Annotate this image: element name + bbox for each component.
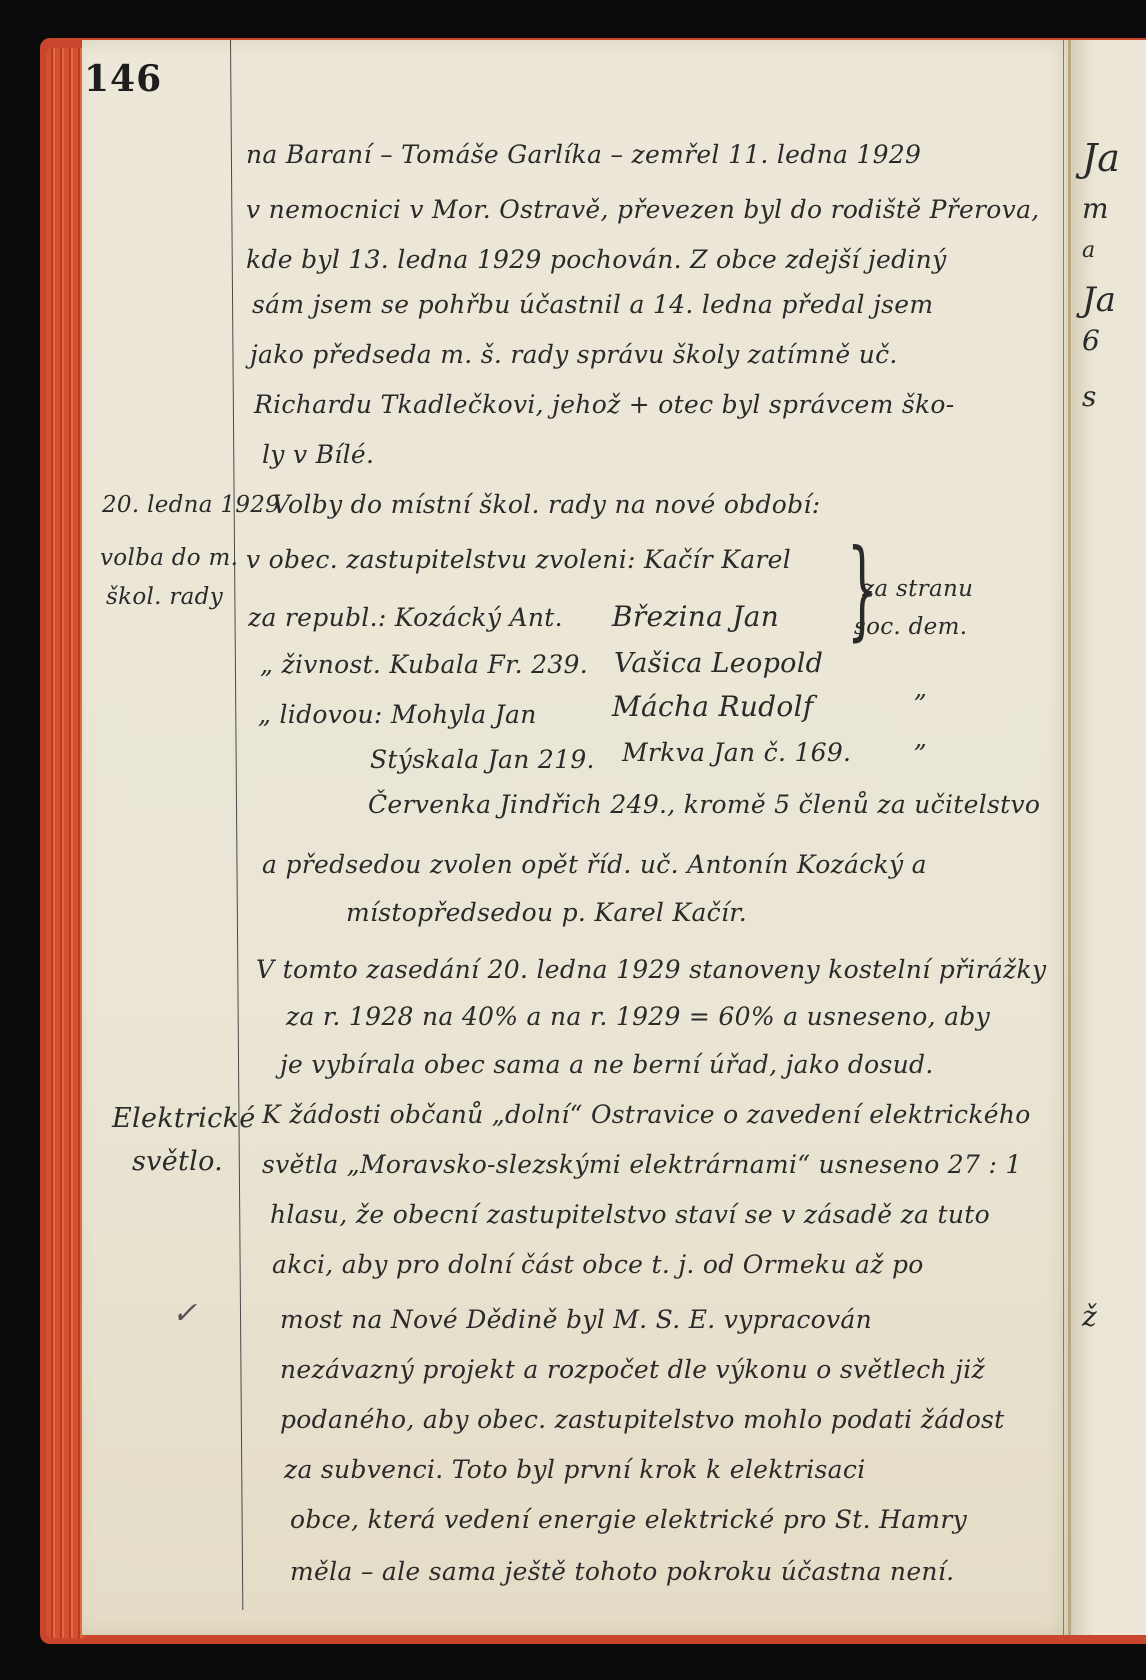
body-line: v obec. zastupitelstvu zvoleni: Kačír Ka… [246, 545, 791, 574]
page-stack-edge [46, 48, 86, 1638]
body-line: V tomto zasedání 20. ledna 1929 stanoven… [256, 955, 1046, 984]
party-note: za stranu [862, 576, 973, 602]
facing-page-text: Ja [1082, 136, 1120, 180]
body-line: jako předseda m. š. rady správu školy za… [250, 340, 898, 369]
facing-page-text: 6 [1082, 324, 1100, 357]
elected-name: Vašica Leopold [614, 648, 823, 679]
body-line: Červenka Jindřich 249., kromě 5 členů za… [368, 790, 1040, 819]
body-line: podaného, aby obec. zastupitelstvo mohlo… [280, 1405, 1005, 1434]
ditto-mark: „ [914, 724, 927, 753]
body-line: „ živnost. Kubala Fr. 239. [260, 650, 588, 679]
body-line: kde byl 13. ledna 1929 pochován. Z obce … [246, 245, 947, 274]
body-line: obce, která vedení energie elektrické pr… [290, 1505, 967, 1534]
body-line: Richardu Tkadlečkovi, jehož + otec byl s… [254, 390, 955, 419]
margin-note-svetlo: světlo. [132, 1146, 223, 1177]
elected-name: Mácha Rudolf [612, 690, 814, 723]
body-line: akci, aby pro dolní část obce t. j. od O… [272, 1250, 924, 1279]
ditto-mark: „ [914, 674, 927, 703]
book-spine [1068, 40, 1071, 1635]
elected-name: Březina Jan [612, 600, 779, 633]
body-line: na Baraní – Tomáše Garlíka – zemřel 11. … [246, 140, 921, 169]
body-line: místopředsedou p. Karel Kačír. [346, 898, 747, 927]
body-line: „ lidovou: Mohyla Jan [258, 700, 537, 729]
page-number: 146 [84, 58, 162, 100]
body-line: a předsedou zvolen opět říd. uč. Antonín… [262, 850, 927, 879]
facing-page-text: a [1082, 238, 1095, 263]
facing-page-text: ž [1082, 1300, 1097, 1333]
ledger-page [82, 40, 1072, 1635]
margin-note-skol-rady: škol. rady [106, 584, 223, 610]
body-line: za r. 1928 na 40% a na r. 1929 = 60% a u… [286, 1002, 990, 1031]
body-line: za subvenci. Toto byl první krok k elekt… [284, 1455, 866, 1484]
page-right-rule [1063, 40, 1064, 1635]
facing-page-text: Ja [1082, 280, 1116, 320]
body-line: most na Nové Dědině byl M. S. E. vypraco… [280, 1305, 872, 1334]
facing-page-fragment: Ja m a Ja 6 s ž [1072, 40, 1146, 1635]
elected-name: Mrkva Jan č. 169. [622, 738, 851, 767]
body-line: za republ.: Kozácký Ant. [248, 603, 563, 632]
body-line: světla „Moravsko-slezskými elektrárnami“… [262, 1150, 1022, 1179]
body-line: K žádosti občanů „dolní“ Ostravice o zav… [262, 1100, 1031, 1129]
check-mark-icon: ✓ [172, 1296, 197, 1331]
margin-note-elektricke: Elektrické [112, 1103, 256, 1134]
facing-page-text: m [1082, 192, 1109, 225]
party-note: soc. dem. [854, 614, 967, 640]
body-line: hlasu, že obecní zastupitelstvo staví se… [270, 1200, 990, 1229]
margin-note-date: 20. ledna 1929 [102, 492, 280, 518]
facing-page-text: s [1082, 380, 1096, 413]
margin-note-volba: volba do m. [100, 545, 238, 571]
body-line: je vybírala obec sama a ne berní úřad, j… [280, 1050, 934, 1079]
body-line: měla – ale sama ještě tohoto pokroku úča… [290, 1557, 954, 1586]
body-line: ly v Bílé. [262, 440, 374, 469]
body-line: nezávazný projekt a rozpočet dle výkonu … [280, 1355, 985, 1384]
body-line: Stýskala Jan 219. [370, 745, 595, 774]
body-line: sám jsem se pohřbu účastnil a 14. ledna … [252, 290, 933, 319]
body-line: v nemocnici v Mor. Ostravě, převezen byl… [246, 195, 1040, 224]
body-line: Volby do místní škol. rady na nové obdob… [272, 490, 820, 519]
